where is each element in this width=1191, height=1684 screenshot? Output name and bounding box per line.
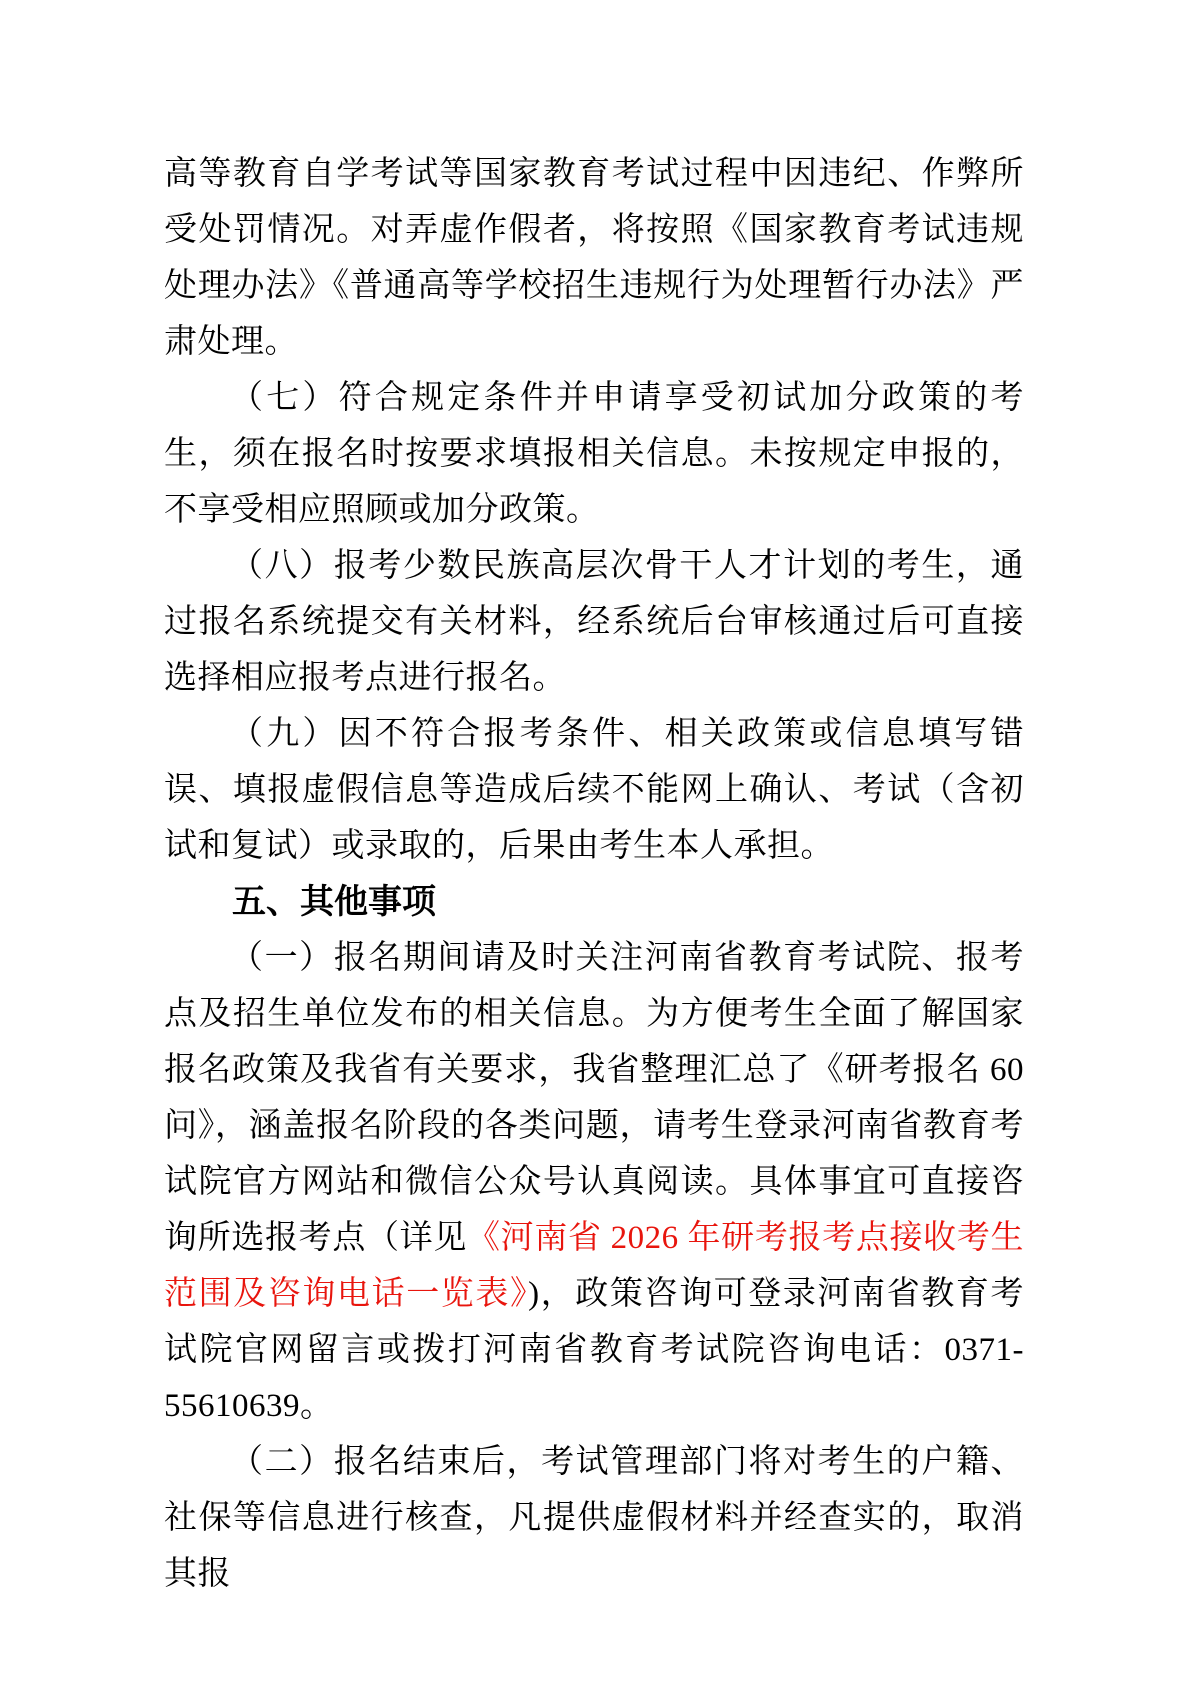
paragraph-item-8: （八）报考少数民族高层次骨干人才计划的考生，通过报名系统提交有关材料，经系统后台…	[164, 538, 1024, 706]
document-body: 高等教育自学考试等国家教育考试过程中因违纪、作弊所受处罚情况。对弄虚作假者，将按…	[164, 146, 1024, 1602]
paragraph-item-9: （九）因不符合报考条件、相关政策或信息填写错误、填报虚假信息等造成后续不能网上确…	[164, 706, 1024, 874]
paragraph-item-1: （一）报名期间请及时关注河南省教育考试院、报考点及招生单位发布的相关信息。为方便…	[164, 930, 1024, 1434]
paragraph-continuation: 高等教育自学考试等国家教育考试过程中因违纪、作弊所受处罚情况。对弄虚作假者，将按…	[164, 146, 1024, 370]
section-heading-other-matters: 五、其他事项	[164, 874, 1024, 930]
document-page: 高等教育自学考试等国家教育考试过程中因违纪、作弊所受处罚情况。对弄虚作假者，将按…	[0, 0, 1191, 1684]
paragraph-item-2-partial: （二）报名结束后，考试管理部门将对考生的户籍、社保等信息进行核查，凡提供虚假材料…	[164, 1434, 1024, 1602]
paragraph-item-7: （七）符合规定条件并申请享受初试加分政策的考生，须在报名时按要求填报相关信息。未…	[164, 370, 1024, 538]
item-1-text-before-link: （一）报名期间请及时关注河南省教育考试院、报考点及招生单位发布的相关信息。为方便…	[164, 940, 1024, 1256]
